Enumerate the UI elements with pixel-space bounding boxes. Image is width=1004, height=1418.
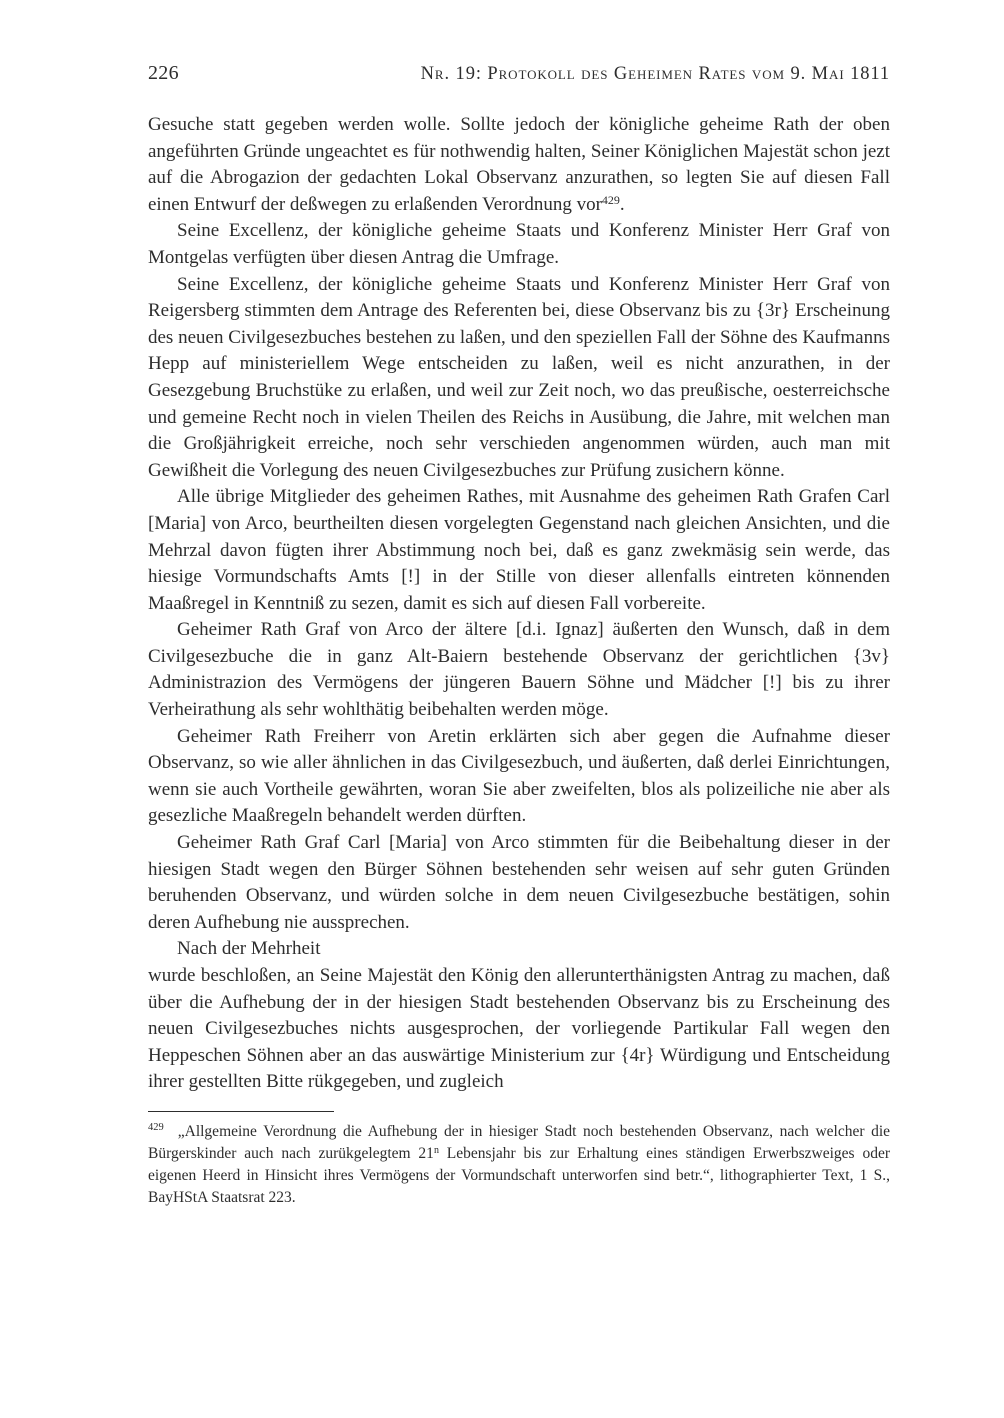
paragraph-arco-carl-votum: Geheimer Rath Graf Carl [Maria] von Arco… — [148, 830, 890, 936]
paragraph-continuation: Gesuche statt gegeben werden wolle. Soll… — [148, 112, 890, 218]
paragraph-arco-aeltere-votum: Geheimer Rath Graf von Arco der ältere [… — [148, 617, 890, 723]
body-text: Gesuche statt gegeben werden wolle. Soll… — [148, 112, 890, 1096]
paragraph-reigersberg-votum: Seine Excellenz, der königliche geheime … — [148, 272, 890, 485]
running-header-title: Nr. 19: Protokoll des Geheimen Rates vom… — [421, 64, 890, 85]
paragraph-montgelas-umfrage: Seine Excellenz, der königliche geheime … — [148, 218, 890, 271]
footnote-429: 429„Allgemeine Verordnung die Aufhebung … — [148, 1121, 890, 1209]
resolution-block: wurde beschloßen, an Seine Majestät den … — [148, 963, 890, 1096]
paragraph-nach-der-mehrheit: Nach der Mehrheit — [148, 936, 890, 963]
footnote-separator — [148, 1111, 334, 1112]
page-number: 226 — [148, 62, 179, 85]
footnote-superscript-n: n — [434, 1145, 439, 1156]
paragraph-continuation-period: . — [620, 194, 625, 215]
footnote-marker: 429 — [148, 1122, 164, 1133]
paragraph-continuation-text: Gesuche statt gegeben werden wolle. Soll… — [148, 114, 890, 215]
page-header: 226 Nr. 19: Protokoll des Geheimen Rates… — [148, 62, 890, 85]
footnote-reference-429: 429 — [602, 193, 620, 207]
paragraph-mehrheit-ansichten: Alle übrige Mitglieder des geheimen Rath… — [148, 484, 890, 617]
book-page: 226 Nr. 19: Protokoll des Geheimen Rates… — [0, 0, 1004, 1418]
paragraph-aretin-votum: Geheimer Rath Freiherr von Aretin erklär… — [148, 724, 890, 830]
